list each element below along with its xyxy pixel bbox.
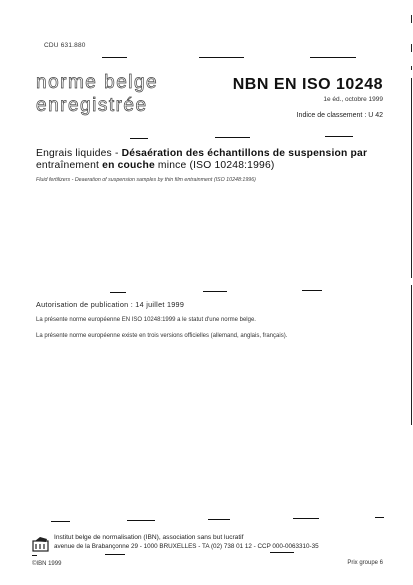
ibn-logo-icon [32, 536, 49, 552]
divider [199, 57, 244, 58]
divider [127, 520, 155, 521]
title-part: entraînement [36, 160, 102, 171]
publication-authorization: Autorisation de publication : 14 juillet… [36, 300, 184, 309]
edition-date: 1e éd., octobre 1999 [323, 96, 383, 103]
divider [215, 137, 250, 138]
divider [51, 521, 70, 522]
cdu-code: CDU 631.880 [44, 42, 86, 49]
brand-enregistree: enregistrée [36, 95, 148, 117]
divider [110, 292, 126, 293]
divider [32, 555, 37, 556]
divider [325, 136, 353, 137]
divider [270, 552, 294, 553]
copyright-reference: ©IBN 1999 [32, 561, 61, 567]
document-title-fr: Engrais liquides - Désaération des échan… [36, 148, 381, 172]
document-title-en: Fluid fertilizers - Deaeration of suspen… [36, 177, 256, 183]
title-part: Désaération des échantillons de suspensi… [122, 148, 368, 159]
divider [105, 554, 125, 555]
versions-statement: La présente norme européenne existe en t… [36, 333, 287, 339]
scan-edge [411, 15, 412, 23]
title-part: mince (ISO 10248:1996) [155, 160, 275, 171]
price-group: Prix groupe 6 [347, 560, 383, 566]
divider [130, 138, 148, 139]
status-statement: La présente norme européenne EN ISO 1024… [36, 317, 256, 323]
brand-norme-belge: norme belge [36, 72, 158, 94]
scan-edge [411, 78, 412, 278]
institute-name: Institut belge de normalisation (IBN), a… [54, 534, 243, 541]
title-part: Engrais liquides - [36, 148, 122, 159]
title-part: en couche [102, 160, 155, 171]
scan-edge [411, 44, 412, 52]
divider [293, 518, 319, 519]
divider [208, 519, 230, 520]
standard-number: NBN EN ISO 10248 [233, 76, 383, 94]
divider [375, 517, 384, 518]
divider [102, 57, 127, 58]
classification-index: Indice de classement : U 42 [297, 112, 383, 119]
scan-edge [411, 66, 412, 70]
divider [310, 57, 356, 58]
divider [302, 290, 322, 291]
scan-edge [411, 285, 412, 425]
institute-address: avenue de la Brabançonne 29 - 1000 BRUXE… [54, 543, 319, 550]
divider [203, 291, 227, 292]
